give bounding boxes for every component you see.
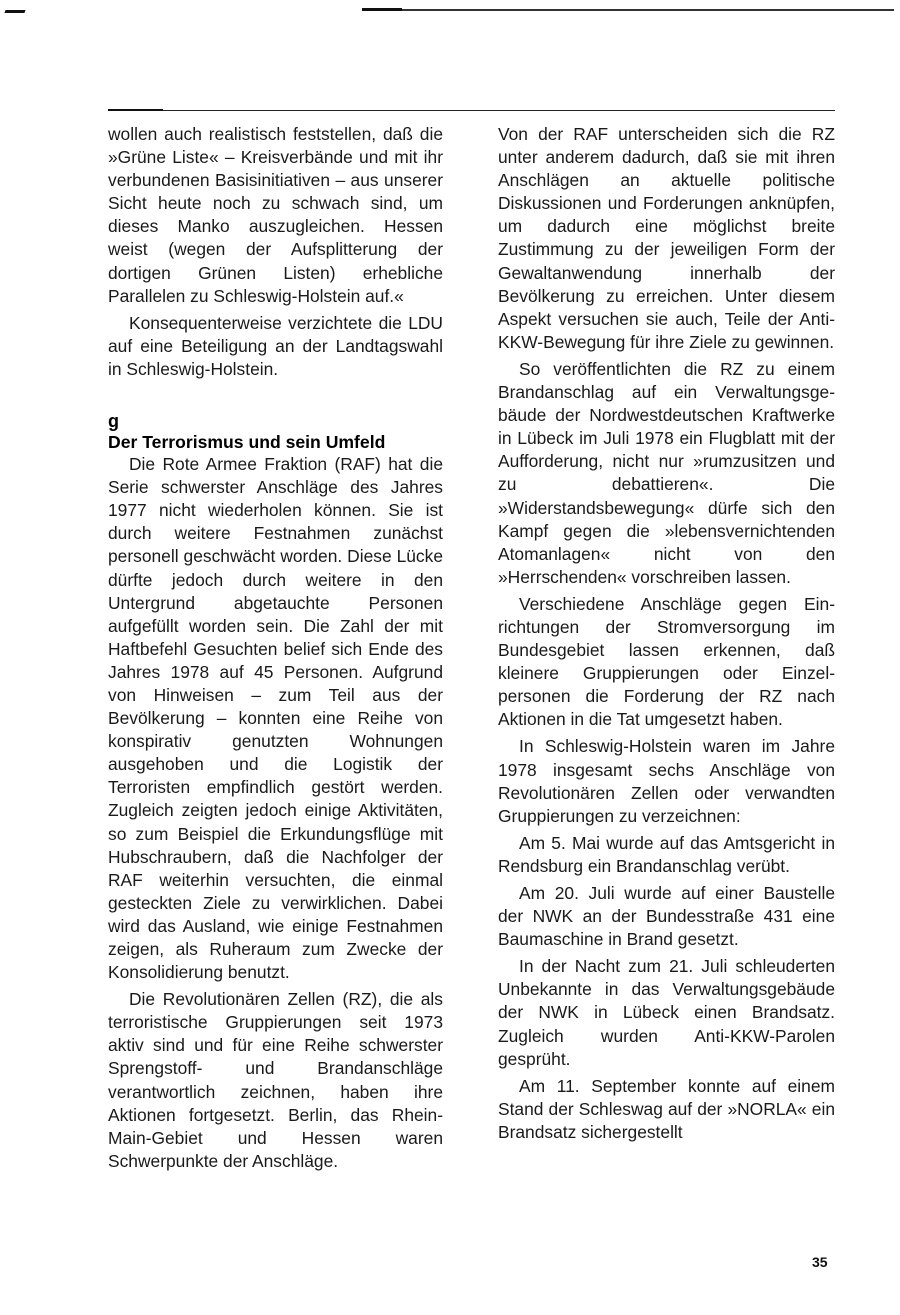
left-column: wollen auch realistisch feststellen, daß… [108, 123, 443, 1177]
paragraph: Am 20. Juli wurde auf einer Baustel­le d… [498, 882, 835, 951]
right-column: Von der RAF unterscheiden sich die RZ un… [498, 123, 835, 1148]
top-rule [362, 9, 894, 11]
paragraph: Verschiedene Anschläge gegen Ein­richtun… [498, 593, 835, 732]
scan-corner-mark [4, 10, 25, 13]
section-title: Der Terrorismus und sein Umfeld [108, 432, 385, 452]
paragraph: Die Rote Armee Fraktion (RAF) hat die Se… [108, 453, 443, 984]
page-number: 35 [812, 1254, 828, 1270]
paragraph: Von der RAF unterscheiden sich die RZ un… [498, 123, 835, 354]
section-heading: g Der Terrorismus und sein Umfeld [108, 411, 443, 453]
paragraph: In Schleswig-Holstein waren im Jahre 197… [498, 735, 835, 827]
paragraph: So veröffentlichten die RZ zu einem Bran… [498, 358, 835, 589]
paragraph: wollen auch realistisch feststellen, daß… [108, 123, 443, 308]
paragraph: Am 5. Mai wurde auf das Amtsge­richt in … [498, 832, 835, 878]
paragraph: Konsequenterweise verzichtete die LDU au… [108, 312, 443, 381]
paragraph: In der Nacht zum 21. Juli schleuder­ten … [498, 955, 835, 1070]
header-rule [108, 110, 835, 111]
paragraph: Am 11. September konnte auf einem Stand … [498, 1075, 835, 1144]
section-letter: g [108, 411, 443, 431]
paragraph: Die Revolutionären Zellen (RZ), die als … [108, 988, 443, 1173]
